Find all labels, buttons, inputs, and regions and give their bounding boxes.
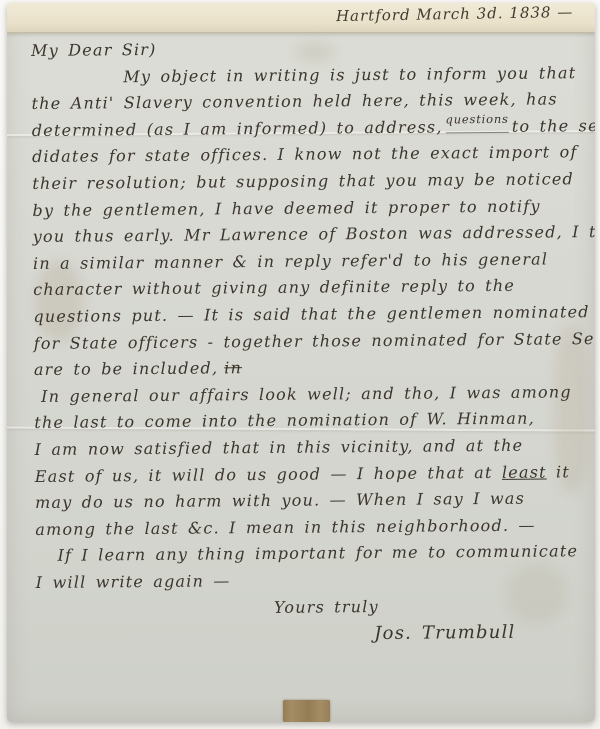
tape-remnant <box>283 700 330 722</box>
line-text: are to be included, <box>34 359 219 380</box>
signature: Jos. Trumbull <box>36 619 595 652</box>
underlined-word: least <box>502 462 547 481</box>
letter-line: I am now satisfied that in this vicinity… <box>34 432 594 463</box>
letter-page: Hartford March 3d. 1838 — My Dear Sir) M… <box>7 3 595 722</box>
letter-line: questions put. — It is said that the gen… <box>33 299 593 330</box>
inserted-word: questions <box>445 106 508 134</box>
line-text: to the several can- <box>512 115 595 136</box>
line-text: it <box>547 462 570 481</box>
photo-background: Hartford March 3d. 1838 — My Dear Sir) M… <box>0 0 600 729</box>
line-text: determined (as I am informed) to address… <box>32 117 443 140</box>
line-text: East of us, it will do us good — I hope … <box>35 462 502 485</box>
letter-line: for State officers - together those nomi… <box>34 326 594 357</box>
letter-body: My Dear Sir) My object in writing is jus… <box>31 33 595 651</box>
struck-word: in <box>224 358 242 377</box>
letter-line: If I learn any thing important for me to… <box>35 538 595 569</box>
